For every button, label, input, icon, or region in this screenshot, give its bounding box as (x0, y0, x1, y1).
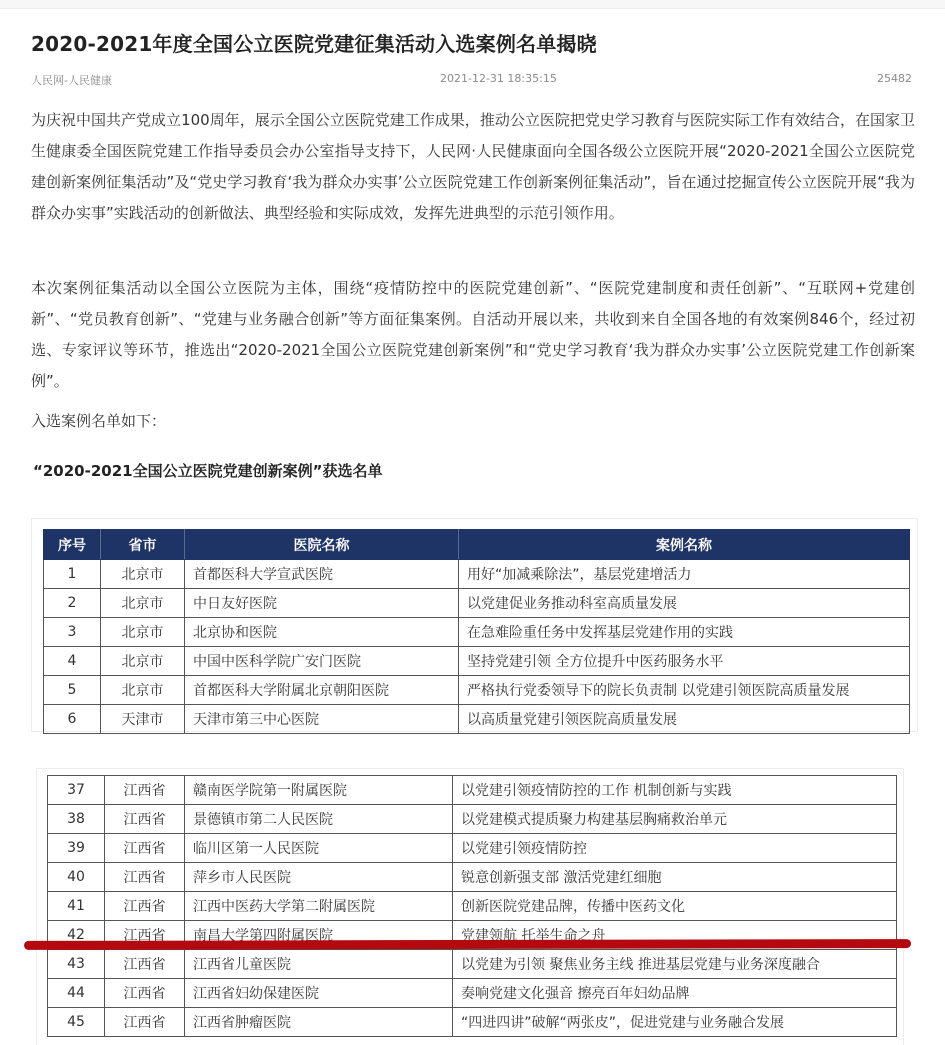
table-row: 5北京市首都医科大学附属北京朝阳医院严格执行党委领导下的院长负责制 以党建引领医… (44, 676, 910, 705)
cell-hospital: 天津市第三中心医院 (185, 705, 459, 734)
red-highlight-underline (24, 939, 911, 950)
cell-index: 40 (48, 863, 105, 892)
cell-case: 以党建促业务推动科室高质量发展 (459, 589, 910, 618)
table-row: 39江西省临川区第一人民医院以党建引领疫情防控 (48, 834, 897, 863)
header-case: 案例名称 (459, 530, 910, 560)
cell-index: 38 (48, 805, 105, 834)
cell-case: 奏响党建文化强音 擦亮百年妇幼品牌 (453, 979, 897, 1008)
cell-province: 江西省 (105, 1008, 185, 1037)
table-row: 44江西省江西省妇幼保建医院奏响党建文化强音 擦亮百年妇幼品牌 (48, 979, 897, 1008)
cell-case: 锐意创新强支部 激活党建红细胞 (453, 863, 897, 892)
cell-case: 用好“加减乘除法”，基层党建增活力 (459, 560, 910, 589)
cell-case: 以党建引领疫情防控 (453, 834, 897, 863)
header-hospital: 医院名称 (185, 530, 459, 560)
cell-province: 江西省 (105, 834, 185, 863)
table-row: 2北京市中日友好医院以党建促业务推动科室高质量发展 (44, 589, 910, 618)
cell-hospital: 江西中医药大学第二附属医院 (185, 892, 453, 921)
header-index: 序号 (44, 530, 101, 560)
table-row: 37江西省赣南医学院第一附属医院以党建引领疫情防控的工作 机制创新与实践 (48, 776, 897, 805)
cell-case: 以党建引领疫情防控的工作 机制创新与实践 (453, 776, 897, 805)
cell-province: 北京市 (101, 676, 185, 705)
case-table-image-part1: 序号 省市 医院名称 案例名称 1北京市首都医科大学宣武医院用好“加减乘除法”，… (31, 518, 918, 732)
cell-hospital: 江西省儿童医院 (185, 950, 453, 979)
header-province: 省市 (101, 530, 185, 560)
table-row: 38江西省景德镇市第二人民医院以党建模式提质聚力构建基层胸痛救治单元 (48, 805, 897, 834)
cell-case: “四进四讲”破解“两张皮”，促进党建与业务融合发展 (453, 1008, 897, 1037)
cell-province: 江西省 (105, 892, 185, 921)
cell-index: 3 (44, 618, 101, 647)
cell-index: 6 (44, 705, 101, 734)
cell-case: 以党建为引领 聚焦业务主线 推进基层党建与业务深度融合 (453, 950, 897, 979)
table-row: 3北京市北京协和医院在急难险重任务中发挥基层党建作用的实践 (44, 618, 910, 647)
cell-index: 5 (44, 676, 101, 705)
cell-province: 江西省 (105, 776, 185, 805)
cell-index: 45 (48, 1008, 105, 1037)
cell-province: 江西省 (105, 979, 185, 1008)
list-intro: 入选案例名单如下： (31, 410, 166, 431)
cell-index: 44 (48, 979, 105, 1008)
article-paragraph-1: 为庆祝中国共产党成立100周年，展示全国公立医院党建工作成果，推动公立医院把党史… (31, 105, 915, 229)
table-row: 43江西省江西省儿童医院以党建为引领 聚焦业务主线 推进基层党建与业务深度融合 (48, 950, 897, 979)
cell-case: 以党建模式提质聚力构建基层胸痛救治单元 (453, 805, 897, 834)
cell-hospital: 萍乡市人民医院 (185, 863, 453, 892)
cell-hospital: 赣南医学院第一附属医院 (185, 776, 453, 805)
cell-province: 天津市 (101, 705, 185, 734)
cell-hospital: 景德镇市第二人民医院 (185, 805, 453, 834)
table-row: 4北京市中国中医科学院广安门医院坚持党建引领 全方位提升中医药服务水平 (44, 647, 910, 676)
view-count: 25482 (877, 72, 912, 85)
article-source[interactable]: 人民网-人民健康 (31, 72, 112, 88)
cell-index: 37 (48, 776, 105, 805)
article-date: 2021-12-31 18:35:15 (440, 72, 557, 85)
cell-index: 1 (44, 560, 101, 589)
cell-hospital: 临川区第一人民医院 (185, 834, 453, 863)
cell-case: 坚持党建引领 全方位提升中医药服务水平 (459, 647, 910, 676)
cell-case: 创新医院党建品牌，传播中医药文化 (453, 892, 897, 921)
cell-index: 4 (44, 647, 101, 676)
cell-index: 39 (48, 834, 105, 863)
cell-hospital: 江西省妇幼保建医院 (185, 979, 453, 1008)
cell-hospital: 江西省肿瘤医院 (185, 1008, 453, 1037)
cell-index: 41 (48, 892, 105, 921)
cell-province: 江西省 (105, 863, 185, 892)
cell-index: 43 (48, 950, 105, 979)
case-table-part1: 序号 省市 医院名称 案例名称 1北京市首都医科大学宣武医院用好“加减乘除法”，… (43, 529, 910, 734)
cell-hospital: 北京协和医院 (185, 618, 459, 647)
table-row: 1北京市首都医科大学宣武医院用好“加减乘除法”，基层党建增活力 (44, 560, 910, 589)
cell-hospital: 中国中医科学院广安门医院 (185, 647, 459, 676)
cell-province: 北京市 (101, 618, 185, 647)
table-header-row: 序号 省市 医院名称 案例名称 (44, 530, 910, 560)
cell-hospital: 中日友好医院 (185, 589, 459, 618)
table-row: 45江西省江西省肿瘤医院“四进四讲”破解“两张皮”，促进党建与业务融合发展 (48, 1008, 897, 1037)
cell-case: 以高质量党建引领医院高质量发展 (459, 705, 910, 734)
table-row: 6天津市天津市第三中心医院以高质量党建引领医院高质量发展 (44, 705, 910, 734)
cell-province: 北京市 (101, 560, 185, 589)
table-row: 41江西省江西中医药大学第二附属医院创新医院党建品牌，传播中医药文化 (48, 892, 897, 921)
cell-hospital: 首都医科大学宣武医院 (185, 560, 459, 589)
cell-province: 江西省 (105, 805, 185, 834)
cell-hospital: 首都医科大学附属北京朝阳医院 (185, 676, 459, 705)
cell-index: 2 (44, 589, 101, 618)
cell-province: 北京市 (101, 589, 185, 618)
article-title: 2020-2021年度全国公立医院党建征集活动入选案例名单揭晓 (31, 28, 597, 57)
case-table-part2: 37江西省赣南医学院第一附属医院以党建引领疫情防控的工作 机制创新与实践38江西… (47, 775, 897, 1037)
article-paragraph-2: 本次案例征集活动以全国公立医院为主体，围绕“疫情防控中的医院党建创新”、“医院党… (31, 273, 915, 397)
cell-province: 北京市 (101, 647, 185, 676)
cell-case: 严格执行党委领导下的院长负责制 以党建引领医院高质量发展 (459, 676, 910, 705)
case-table-image-part2: 37江西省赣南医学院第一附属医院以党建引领疫情防控的工作 机制创新与实践38江西… (36, 768, 904, 1045)
list-title: “2020-2021全国公立医院党建创新案例”获选名单 (33, 460, 382, 481)
table-row: 40江西省萍乡市人民医院锐意创新强支部 激活党建红细胞 (48, 863, 897, 892)
top-bar (0, 0, 945, 9)
cell-case: 在急难险重任务中发挥基层党建作用的实践 (459, 618, 910, 647)
cell-province: 江西省 (105, 950, 185, 979)
